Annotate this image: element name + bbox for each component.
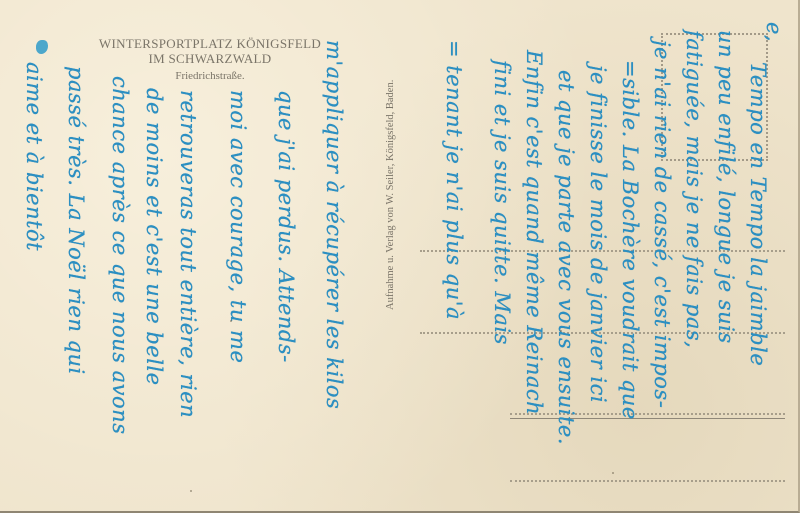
handwriting-line: chance après ce que nous avons xyxy=(108,76,132,435)
handwriting-line: de moins et c'est une belle xyxy=(142,88,166,386)
publisher-imprint: Aufnahme u. Verlag von W. Seiler, Königs… xyxy=(385,80,396,310)
paper-fleck xyxy=(560,330,562,332)
handwriting-line: passé très. La Noël rien qui xyxy=(64,66,88,375)
handwriting-line: m'appliquer à récupérer les kilos xyxy=(322,40,346,409)
handwriting-line: Tempo en Tempo la jaimble xyxy=(746,62,770,366)
address-line-4 xyxy=(510,480,785,482)
handwriting-line: =sible. La Bochère voudrait que xyxy=(618,60,642,420)
handwriting-line: fatiguée, mais je ne fais pas, xyxy=(682,30,706,348)
handwriting-line: fini et je suis quitte. Mais xyxy=(490,60,514,345)
ink-blot xyxy=(36,40,48,54)
handwriting-line: aime et à bientôt xyxy=(22,62,46,251)
header-line-1: WINTERSPORTPLATZ KÖNIGSFELD xyxy=(60,36,360,51)
handwriting-line: = tenant je n'ai plus qu'à xyxy=(442,40,466,320)
handwriting-line: moi avec courage, tu me xyxy=(226,90,250,363)
handwriting-line: et que je parte avec vous ensuite. xyxy=(554,70,578,445)
address-divider xyxy=(510,418,785,419)
handwriting-line: que j'ai perdus. Attends- xyxy=(274,90,298,363)
handwriting-line: retrouveras tout entière, rien xyxy=(176,90,200,418)
header-line-3: Friedrichstraße. xyxy=(60,68,360,84)
paper-fleck xyxy=(190,490,192,492)
paper-fleck xyxy=(230,320,232,322)
handwriting-line: e, xyxy=(762,22,786,42)
printed-header: WINTERSPORTPLATZ KÖNIGSFELD IM SCHWARZWA… xyxy=(60,36,360,84)
postcard-back: WINTERSPORTPLATZ KÖNIGSFELD IM SCHWARZWA… xyxy=(0,0,800,513)
handwriting-line: je n'ai rien de cassé, c'est impos- xyxy=(650,40,674,408)
handwriting-line: Enfin c'est quand même Reinach xyxy=(522,50,546,415)
handwriting-line: je finisse le mois de janvier ici xyxy=(586,65,610,403)
handwriting-line: un peu enfilé, longue je suis xyxy=(714,30,738,344)
paper-fleck xyxy=(612,472,614,474)
address-line-3 xyxy=(510,413,785,415)
header-line-2: IM SCHWARZWALD xyxy=(60,51,360,66)
